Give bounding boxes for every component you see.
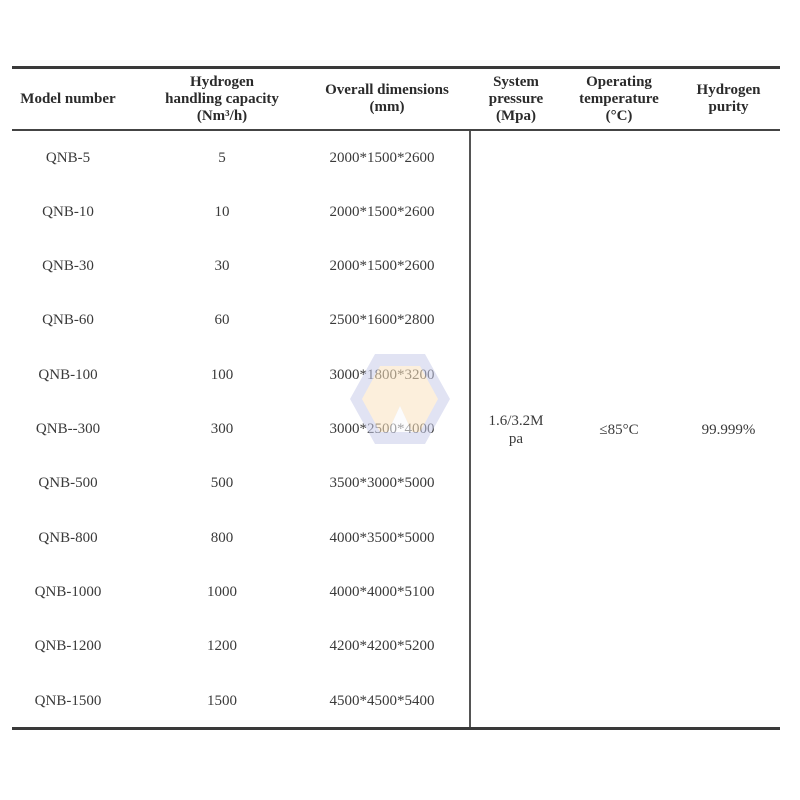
hydrogen-purity-value: 99.999% bbox=[677, 131, 780, 728]
capacity-cell: 10 bbox=[152, 185, 292, 239]
header-operating-temperature: Operatingtemperature(°C) bbox=[565, 69, 673, 129]
capacity-cell: 300 bbox=[152, 403, 292, 457]
capacity-cell: 1500 bbox=[152, 674, 292, 728]
capacity-cell: 60 bbox=[152, 294, 292, 348]
capacity-cell: 100 bbox=[152, 348, 292, 402]
operating-temperature-value: ≤85°C bbox=[565, 131, 673, 728]
model-cell: QNB-100 bbox=[12, 348, 124, 402]
company-logo-icon bbox=[350, 354, 450, 444]
header-overall-dimensions: Overall dimensions(mm) bbox=[297, 69, 477, 129]
dimensions-cell: 4200*4200*5200 bbox=[302, 620, 462, 674]
dimensions-cell: 2500*1600*2800 bbox=[302, 294, 462, 348]
header-hydrogen-capacity: Hydrogenhandling capacity(Nm³/h) bbox=[140, 69, 304, 129]
system-pressure-value: 1.6/3.2Mpa bbox=[471, 131, 561, 728]
model-cell: QNB-500 bbox=[12, 457, 124, 511]
capacity-cell: 1200 bbox=[152, 620, 292, 674]
dimensions-cell: 2000*1500*2600 bbox=[302, 240, 462, 294]
table-row: QNB-10102000*1500*2600 bbox=[12, 185, 469, 239]
model-cell: QNB-30 bbox=[12, 240, 124, 294]
model-cell: QNB-60 bbox=[12, 294, 124, 348]
dimensions-cell: 2000*1500*2600 bbox=[302, 131, 462, 185]
model-cell: QNB-1500 bbox=[12, 674, 124, 728]
dimensions-cell: 2000*1500*2600 bbox=[302, 185, 462, 239]
header-hydrogen-purity: Hydrogenpurity bbox=[677, 69, 780, 129]
table-row: QNB-150015004500*4500*5400 bbox=[12, 674, 469, 728]
table-row: QNB-30302000*1500*2600 bbox=[12, 240, 469, 294]
capacity-cell: 5 bbox=[152, 131, 292, 185]
capacity-cell: 500 bbox=[152, 457, 292, 511]
dimensions-cell: 4000*3500*5000 bbox=[302, 511, 462, 565]
table-row: QNB-552000*1500*2600 bbox=[12, 131, 469, 185]
capacity-cell: 1000 bbox=[152, 565, 292, 619]
model-cell: QNB-1000 bbox=[12, 565, 124, 619]
dimensions-cell: 4500*4500*5400 bbox=[302, 674, 462, 728]
model-cell: QNB-1200 bbox=[12, 620, 124, 674]
model-cell: QNB-800 bbox=[12, 511, 124, 565]
table-bottom-rule bbox=[12, 727, 780, 730]
model-cell: QNB-5 bbox=[12, 131, 124, 185]
table-row: QNB-120012004200*4200*5200 bbox=[12, 620, 469, 674]
table-row: QNB-100010004000*4000*5100 bbox=[12, 565, 469, 619]
capacity-cell: 30 bbox=[152, 240, 292, 294]
header-system-pressure: Systempressure(Mpa) bbox=[471, 69, 561, 129]
table-row: QNB-8008004000*3500*5000 bbox=[12, 511, 469, 565]
capacity-cell: 800 bbox=[152, 511, 292, 565]
dimensions-cell: 3500*3000*5000 bbox=[302, 457, 462, 511]
model-cell: QNB-10 bbox=[12, 185, 124, 239]
table-row: QNB-5005003500*3000*5000 bbox=[12, 457, 469, 511]
table-row: QNB-60602500*1600*2800 bbox=[12, 294, 469, 348]
header-model-number: Model number bbox=[12, 69, 124, 129]
model-cell: QNB--300 bbox=[12, 403, 124, 457]
dimensions-cell: 4000*4000*5100 bbox=[302, 565, 462, 619]
